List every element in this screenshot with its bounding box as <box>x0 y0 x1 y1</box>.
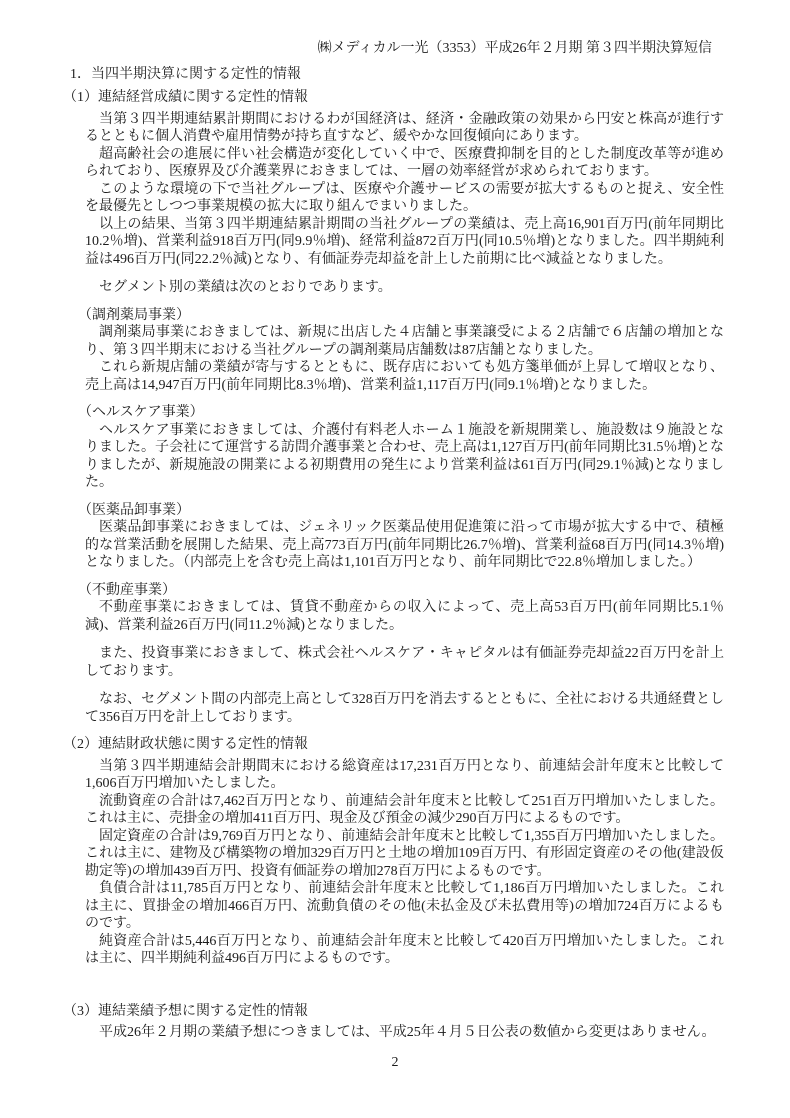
main-heading: 1．当四半期決算に関する定性的情報 <box>70 66 790 84</box>
segment-realestate-title: （不動産事業） <box>78 582 790 600</box>
section1-paragraph-3: このような環境の下で当社グループは、医療や介護サービスの需要が拡大するものと捉え… <box>85 181 724 216</box>
section2-paragraph-2: 流動資産の合計は7,462百万円となり、前連結会計年度末と比較して251百万円増… <box>85 793 724 828</box>
page-number: 2 <box>0 1054 790 1072</box>
section2-paragraph-3: 固定資産の合計は9,769百万円となり、前連結会計年度末と比較して1,355百万… <box>85 828 724 881</box>
segment-healthcare-paragraph-1: ヘルスケア事業におきましては、介護付有料老人ホーム１施設を新規開業し、施設数は９… <box>85 422 724 492</box>
header-title: ㈱メディカル一光（3353）平成26年２月期 第３四半期決算短信 <box>318 41 712 56</box>
segment-pharmacy-paragraph-2: これら新規店舗の業績が寄与するとともに、既存店においても処方箋単価が上昇して増収… <box>85 359 724 394</box>
segment-realestate-paragraph-1: 不動産事業におきましては、賃貸不動産からの収入によって、売上高53百万円(前年同… <box>85 599 724 634</box>
page-header: ㈱メディカル一光（3353）平成26年２月期 第３四半期決算短信 <box>0 40 790 58</box>
section3-paragraph-1: 平成26年２月期の業績予想につきましては、平成25年４月５日公表の数値から変更は… <box>85 1024 724 1042</box>
segment-healthcare-title: （ヘルスケア事業） <box>78 404 790 422</box>
section1-paragraph-4: 以上の結果、当第３四半期連結累計期間の当社グループの業績は、売上高16,901百… <box>85 216 724 269</box>
section1-paragraph-2: 超高齢社会の進展に伴い社会構造が変化していく中で、医療費抑制を目的とした制度改革… <box>85 146 724 181</box>
section1-title: （1）連結経営成績に関する定性的情報 <box>63 89 790 107</box>
section2-paragraph-1: 当第３四半期連結会計期間末における総資産は17,231百万円となり、前連結会計年… <box>85 758 724 793</box>
elimination-note: なお、セグメント間の内部売上高として328百万円を消去するとともに、全社における… <box>85 691 724 726</box>
document-page: ㈱メディカル一光（3353）平成26年２月期 第３四半期決算短信 1．当四半期決… <box>0 0 790 1118</box>
segment-pharmacy-paragraph-1: 調剤薬局事業におきましては、新規に出店した４店舗と事業譲受による２店舗で６店舗の… <box>85 324 724 359</box>
section2-paragraph-4: 負債合計は11,785百万円となり、前連結会計年度末と比較して1,186百万円増… <box>85 880 724 933</box>
segment-wholesale-paragraph-1: 医薬品卸事業におきましては、ジェネリック医薬品使用促進策に沿って市場が拡大する中… <box>85 519 724 572</box>
segment-wholesale-title: （医薬品卸事業） <box>78 502 790 520</box>
segment-pharmacy-title: （調剤薬局事業） <box>78 307 790 325</box>
section1-paragraph-1: 当第３四半期連結累計期間におけるわが国経済は、経済・金融政策の効果から円安と株高… <box>85 111 724 146</box>
segment-intro: セグメント別の業績は次のとおりであります。 <box>85 279 724 297</box>
section3-title: （3）連結業績予想に関する定性的情報 <box>63 1003 790 1021</box>
section2-paragraph-5: 純資産合計は5,446百万円となり、前連結会計年度末と比較して420百万円増加い… <box>85 933 724 968</box>
section2-title: （2）連結財政状態に関する定性的情報 <box>63 736 790 754</box>
investment-note: また、投資事業におきまして、株式会社ヘルスケア・キャピタルは有価証券売却益22百… <box>85 645 724 680</box>
